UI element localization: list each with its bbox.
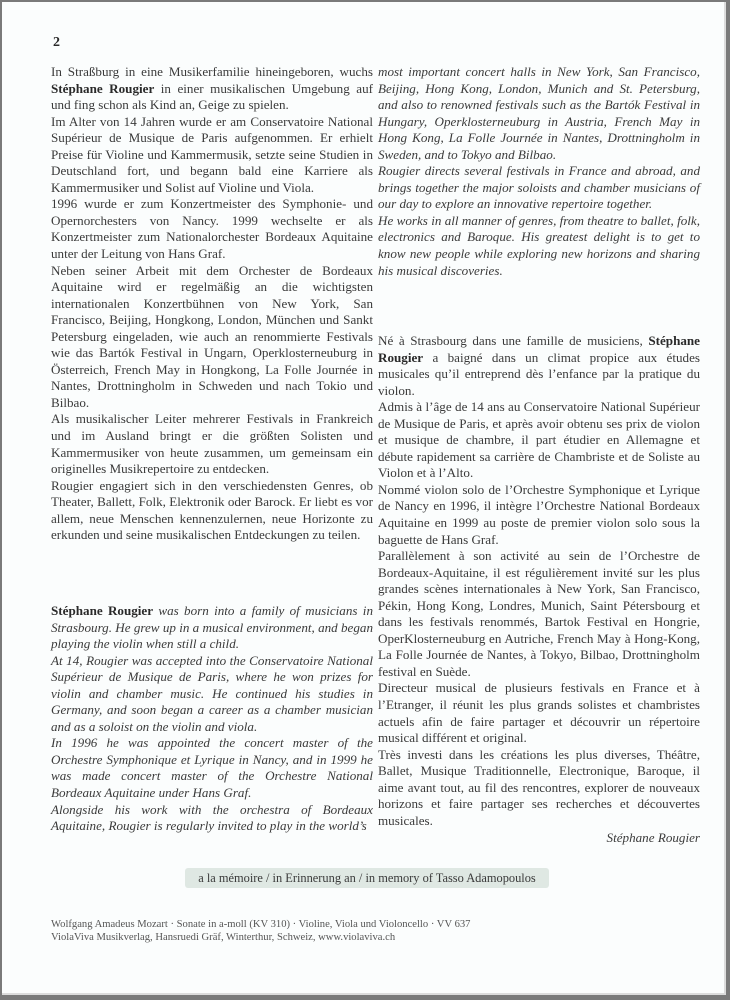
german-paragraph-2: Im Alter von 14 Jahren wurde er am Conse… [51, 114, 373, 197]
publisher-footer: Wolfgang Amadeus Mozart · Sonate in a-mo… [51, 918, 470, 944]
german-paragraph-3: 1996 wurde er zum Konzertmeister des Sym… [51, 196, 373, 262]
biography-german: In Straßburg in eine Musikerfamilie hine… [51, 64, 373, 544]
english-paragraph-5: Rougier directs several festivals in Fra… [378, 163, 700, 213]
biography-english-continued: most important concert halls in New York… [378, 64, 700, 279]
german-paragraph-1: In Straßburg in eine Musikerfamilie hine… [51, 64, 373, 114]
german-paragraph-6: Rougier engagiert sich in den verschiede… [51, 478, 373, 544]
in-memoriam-banner: a la mémoire / in Erinnerung an / in mem… [185, 868, 549, 888]
french-paragraph-2: Admis à l’âge de 14 ans au Conservatoire… [378, 399, 700, 482]
english-paragraph-2: At 14, Rougier was accepted into the Con… [51, 653, 373, 736]
signature: Stéphane Rougier [378, 830, 700, 847]
footer-work-info: Wolfgang Amadeus Mozart · Sonate in a-mo… [51, 918, 470, 931]
german-paragraph-5: Als musikalischer Leiter mehrerer Festiv… [51, 411, 373, 477]
french-paragraph-6: Très investi dans les créations les plus… [378, 747, 700, 830]
french-paragraph-3: Nommé violon solo de l’Orchestre Symphon… [378, 482, 700, 548]
english-paragraph-4-start: Alongside his work with the orchestra of… [51, 802, 373, 835]
biography-english: Stéphane Rougier was born into a family … [51, 603, 373, 835]
german-paragraph-4: Neben seiner Arbeit mit dem Orchester de… [51, 263, 373, 412]
french-paragraph-4: Parallèlement à son activité au sein de … [378, 548, 700, 680]
french-paragraph-1: Né à Strasbourg dans une famille de musi… [378, 333, 700, 399]
english-paragraph-4-end: most important concert halls in New York… [378, 64, 700, 163]
french-paragraph-5: Directeur musical de plusieurs festivals… [378, 680, 700, 746]
english-paragraph-6: He works in all manner of genres, from t… [378, 213, 700, 279]
english-paragraph-3: In 1996 he was appointed the concert mas… [51, 735, 373, 801]
page-number: 2 [53, 35, 60, 51]
footer-publisher-info: ViolaViva Musikverlag, Hansruedi Gräf, W… [51, 931, 470, 944]
english-paragraph-1: Stéphane Rougier was born into a family … [51, 603, 373, 653]
artist-name: Stéphane Rougier [51, 81, 154, 96]
artist-name: Stéphane Rougier [51, 603, 153, 618]
document-page: 2 In Straßburg in eine Musikerfamilie hi… [2, 2, 726, 995]
biography-french: Né à Strasbourg dans une famille de musi… [378, 333, 700, 847]
